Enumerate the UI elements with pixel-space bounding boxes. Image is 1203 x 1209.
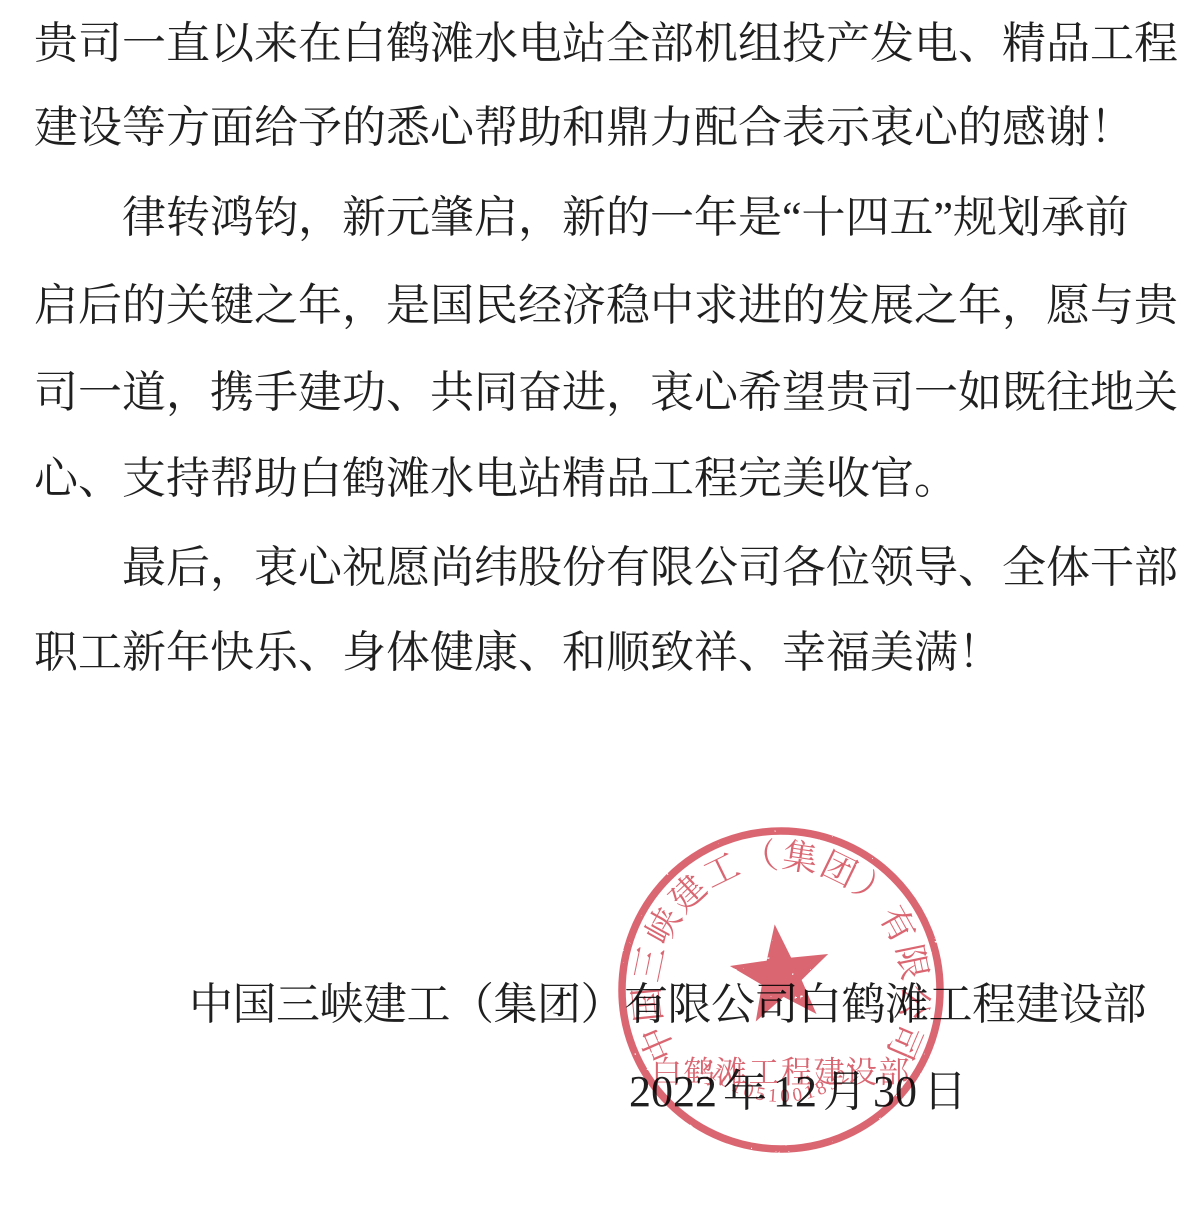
body-line: 最后，衷心祝愿尚纬股份有限公司各位领导、全体干部 (34, 540, 1178, 595)
body-line: 司一道，携手建功、共同奋进，衷心希望贵司一如既往地关 (34, 365, 1178, 420)
scanned-letter-page: 贵司一直以来在白鹤滩水电站全部机组投产发电、精品工程 建设等方面给予的悉心帮助和… (0, 0, 1203, 1209)
body-line: 建设等方面给予的悉心帮助和鼎力配合表示衷心的感谢！ (34, 100, 1134, 155)
date-line: 2022 年 12 月 30 日 (629, 1055, 967, 1119)
body-line: 职工新年快乐、身体健康、和顺致祥、幸福美满！ (34, 625, 1002, 680)
seal-arc-text: 中国三峡建工（集团）有限公司 (627, 836, 935, 1067)
body-line: 启后的关键之年，是国民经济稳中求进的发展之年，愿与贵 (34, 278, 1178, 333)
body-line: 律转鸿钧，新元肇启，新的一年是“十四五”规划承前 (34, 190, 1129, 245)
body-line: 心、支持帮助白鹤滩水电站精品工程完美收官。 (34, 451, 958, 506)
body-line: 贵司一直以来在白鹤滩水电站全部机组投产发电、精品工程 (34, 16, 1178, 71)
signature-line: 中国三峡建工（集团）有限公司白鹤滩工程建设部 (189, 968, 1146, 1032)
